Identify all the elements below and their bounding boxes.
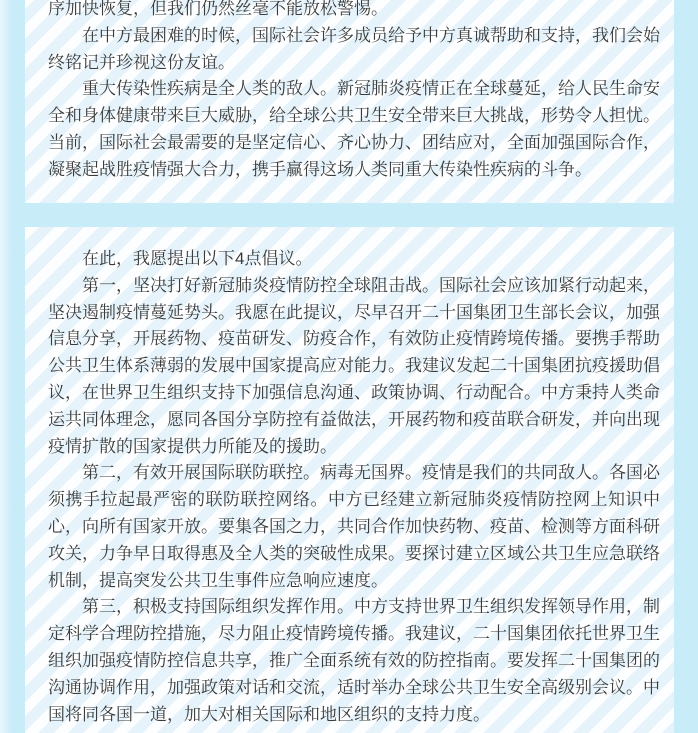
paragraph-proposal-first: 第一，坚决打好新冠肺炎疫情防控全球阻击战。国际社会应该加紧行动起来，坚决遏制疫情…: [48, 273, 660, 461]
paragraph-gratitude: 在中方最困难的时候，国际社会许多成员给予中方真诚帮助和支持，我们会始终铭记并珍视…: [48, 23, 660, 77]
paragraph-pandemic-challenge: 重大传染性疾病是全人类的敌人。新冠肺炎疫情正在全球蔓延，给人民生命安全和身体健康…: [48, 76, 660, 183]
paragraph-proposal-third: 第三，积极支持国际组织发挥作用。中方支持世界卫生组织发挥领导作用，制定科学合理防…: [48, 594, 660, 728]
paragraph-proposal-second: 第二，有效开展国际联防联控。病毒无国界。疫情是我们的共同敌人。各国必须携手拉起最…: [48, 460, 660, 594]
article-card-top: 序加快恢复，但我们仍然丝毫不能放松警惕。 在中方最困难的时候，国际社会许多成员给…: [25, 0, 674, 203]
paragraph-vigilance-continuation: 序加快恢复，但我们仍然丝毫不能放松警惕。: [48, 0, 660, 23]
article-card-proposals: 在此，我愿提出以下4点倡议。 第一，坚决打好新冠肺炎疫情防控全球阻击战。国际社会…: [25, 227, 674, 733]
paragraph-proposals-intro: 在此，我愿提出以下4点倡议。: [48, 246, 660, 273]
article-page: 序加快恢复，但我们仍然丝毫不能放松警惕。 在中方最困难的时候，国际社会许多成员给…: [0, 0, 698, 733]
